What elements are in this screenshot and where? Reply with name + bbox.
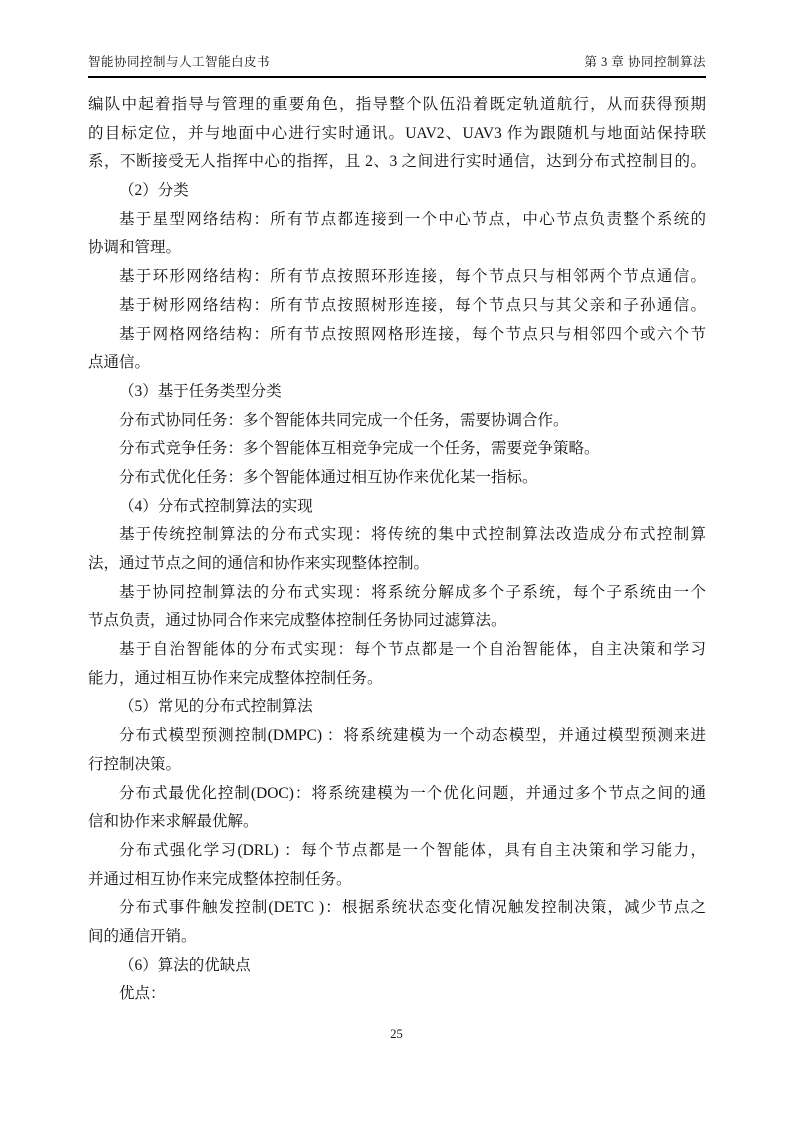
text-line: 点通信。 bbox=[88, 349, 706, 378]
text-line: 分布式竞争任务：多个智能体互相竞争完成一个任务，需要竞争策略。 bbox=[88, 435, 706, 464]
text-line: 法，通过节点之间的通信和协作来实现整体控制。 bbox=[88, 550, 706, 579]
text-line: （3）基于任务类型分类 bbox=[88, 378, 706, 407]
text-line: 分布式模型预测控制(DMPC) ：将系统建模为一个动态模型，并通过模型预测来进 bbox=[88, 722, 706, 751]
page-number: 25 bbox=[0, 1026, 793, 1042]
text-line: 基于协同控制算法的分布式实现：将系统分解成多个子系统，每个子系统由一个 bbox=[88, 579, 706, 608]
document-page: 智能协同控制与人工智能白皮书 第 3 章 协同控制算法 编队中起着指导与管理的重… bbox=[0, 0, 793, 1122]
text-line: （2）分类 bbox=[88, 177, 706, 206]
text-line: 分布式优化任务：多个智能体通过相互协作来优化某一指标。 bbox=[88, 464, 706, 493]
text-line: 并通过相互协作来完成整体控制任务。 bbox=[88, 866, 706, 895]
text-line: 信和协作来求解最优解。 bbox=[88, 808, 706, 837]
text-line: 分布式最优化控制(DOC)：将系统建模为一个优化问题，并通过多个节点之间的通 bbox=[88, 780, 706, 809]
text-line: 基于环形网络结构：所有节点按照环形连接，每个节点只与相邻两个节点通信。 bbox=[88, 263, 706, 292]
text-line: 分布式协同任务：多个智能体共同完成一个任务，需要协调合作。 bbox=[88, 407, 706, 436]
document-body-text: 编队中起着指导与管理的重要角色，指导整个队伍沿着既定轨道航行，从而获得预期的目标… bbox=[88, 91, 706, 1009]
text-line: 分布式强化学习(DRL) ：每个节点都是一个智能体，具有自主决策和学习能力， bbox=[88, 837, 706, 866]
text-line: 节点负责，通过协同合作来完成整体控制任务协同过滤算法。 bbox=[88, 607, 706, 636]
header-document-title: 智能协同控制与人工智能白皮书 bbox=[88, 54, 270, 70]
text-line: 能力，通过相互协作来完成整体控制任务。 bbox=[88, 665, 706, 694]
text-line: （5）常见的分布式控制算法 bbox=[88, 693, 706, 722]
text-line: 分布式事件触发控制(DETC )：根据系统状态变化情况触发控制决策，减少节点之 bbox=[88, 894, 706, 923]
text-line: 基于传统控制算法的分布式实现：将传统的集中式控制算法改造成分布式控制算 bbox=[88, 521, 706, 550]
text-line: 系，不断接受无人指挥中心的指挥，且 2、3 之间进行实时通信，达到分布式控制目的… bbox=[88, 148, 706, 177]
text-line: 协调和管理。 bbox=[88, 234, 706, 263]
text-line: （6）算法的优缺点 bbox=[88, 952, 706, 981]
text-line: 基于网格网络结构：所有节点按照网格形连接，每个节点只与相邻四个或六个节 bbox=[88, 321, 706, 350]
page-header: 智能协同控制与人工智能白皮书 第 3 章 协同控制算法 bbox=[88, 54, 706, 78]
text-line: 间的通信开销。 bbox=[88, 923, 706, 952]
text-line: （4）分布式控制算法的实现 bbox=[88, 493, 706, 522]
text-line: 的目标定位，并与地面中心进行实时通讯。UAV2、UAV3 作为跟随机与地面站保持… bbox=[88, 120, 706, 149]
text-line: 基于星型网络结构：所有节点都连接到一个中心节点，中心节点负责整个系统的 bbox=[88, 206, 706, 235]
text-line: 优点： bbox=[88, 980, 706, 1009]
text-line: 行控制决策。 bbox=[88, 751, 706, 780]
header-chapter-title: 第 3 章 协同控制算法 bbox=[584, 54, 706, 70]
text-line: 基于树形网络结构：所有节点按照树形连接，每个节点只与其父亲和子孙通信。 bbox=[88, 292, 706, 321]
text-line: 基于自治智能体的分布式实现：每个节点都是一个自治智能体，自主决策和学习 bbox=[88, 636, 706, 665]
text-line: 编队中起着指导与管理的重要角色，指导整个队伍沿着既定轨道航行，从而获得预期 bbox=[88, 91, 706, 120]
